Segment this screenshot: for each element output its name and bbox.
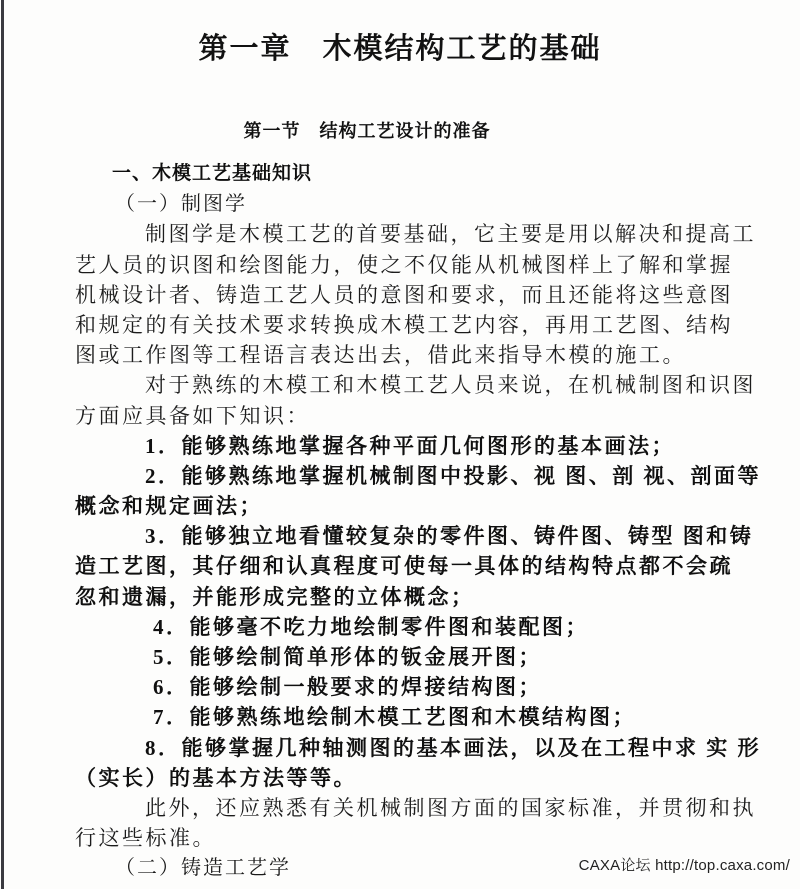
section-title: 第一节 结构工艺设计的准备 [0,117,767,143]
body-line: 方面应具备如下知识： [75,402,743,432]
subsection-heading: 一、木模工艺基础知识 [75,160,743,190]
list-item-line: 1．能够熟练地掌握各种平面几何图形的基本画法； [75,432,743,462]
body-line: 艺人员的识图和绘图能力，使之不仅能从机械图样上了解和掌握 [75,251,743,281]
list-item-line: 概念和规定画法； [75,492,743,522]
sub-heading-drawing: （一）制图学 [75,190,743,220]
body-line: 此外，还应熟悉有关机械制图方面的国家标准，并贯彻和执 [75,794,743,824]
list-item-line: 3．能够独立地看懂较复杂的零件图、铸件图、铸型 图和铸 [75,522,743,552]
body-line: 对于熟练的木模工和木模工艺人员来说，在机械制图和识图 [75,371,743,401]
footer-watermark: CAXA论坛 http://top.caxa.com/ [579,854,790,875]
body-line: 机械设计者、铸造工艺人员的意图和要求，而且还能将这些意图 [75,281,743,311]
list-item-line: 8．能够掌握几种轴测图的基本画法，以及在工程中求 实 形 [75,734,743,764]
list-item-line: 6．能够绘制一般要求的焊接结构图； [75,673,743,703]
list-item-line: 4．能够毫不吃力地绘制零件图和装配图； [75,613,743,643]
list-item-line: 忽和遗漏，并能形成完整的立体概念； [75,583,743,613]
body-text: 一、木模工艺基础知识（一）制图学制图学是木模工艺的首要基础，它主要是用以解决和提… [75,160,743,885]
list-item-line: 5．能够绘制简单形体的钣金展开图； [75,643,743,673]
chapter-title: 第一章 木模结构工艺的基础 [0,26,800,67]
body-line: 行这些标准。 [75,824,743,854]
body-line: 图或工作图等工程语言表达出去，借此来指导木模的施工。 [75,341,743,371]
list-item-line: （实长）的基本方法等等。 [75,764,743,794]
body-line: 和规定的有关技术要求转换成木模工艺内容，再用工艺图、结构 [75,311,743,341]
list-item-line: 造工艺图，其仔细和认真程度可使每一具体的结构特点都不会疏 [75,552,743,582]
list-item-line: 2．能够熟练地掌握机械制图中投影、视 图、剖 视、剖面等 [75,462,743,492]
scanned-book-page: 第一章 木模结构工艺的基础 第一节 结构工艺设计的准备 一、木模工艺基础知识（一… [0,0,800,889]
body-line: 制图学是木模工艺的首要基础，它主要是用以解决和提高工 [75,220,743,250]
list-item-line: 7．能够熟练地绘制木模工艺图和木模结构图； [75,703,743,733]
